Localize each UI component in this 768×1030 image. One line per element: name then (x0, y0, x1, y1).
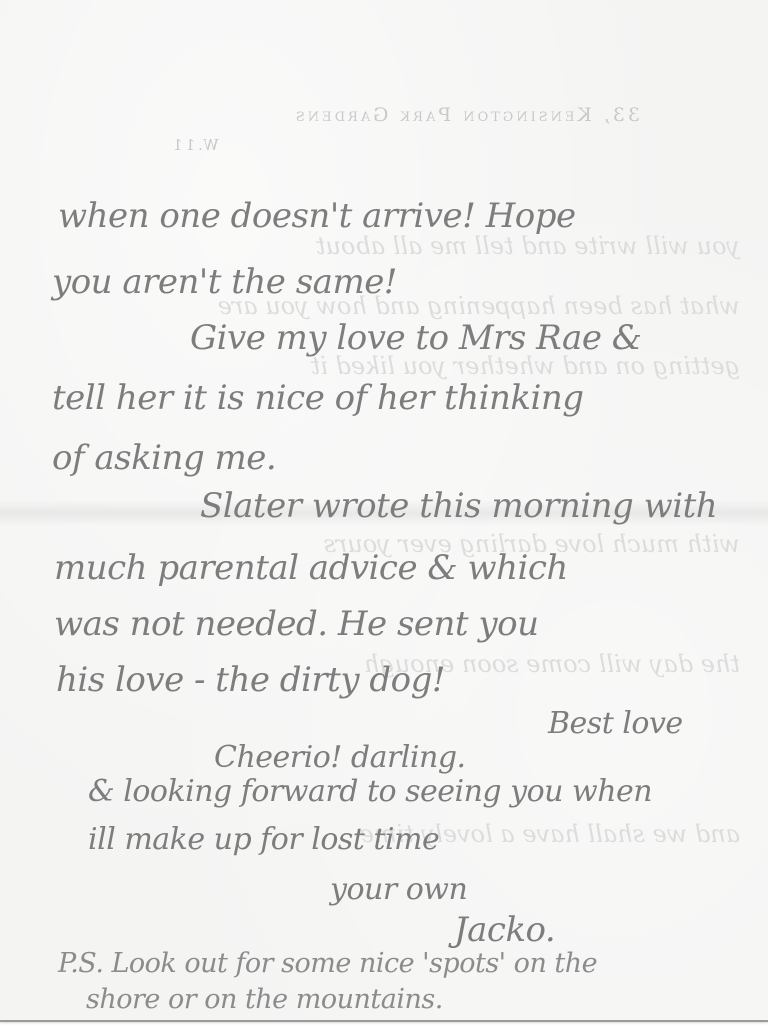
letter-line: Give my love to Mrs Rae & (190, 318, 642, 358)
letter-closing: your own (330, 872, 467, 907)
postscript-line: P.S. Look out for some nice 'spots' on t… (58, 948, 597, 979)
postscript-line: shore or on the mountains. (86, 984, 443, 1015)
letter-line: Slater wrote this morning with (200, 486, 717, 526)
letter-line: Cheerio! darling. (214, 740, 466, 775)
letter-line: when one doesn't arrive! Hope (58, 196, 576, 236)
letter-line: Best love (548, 706, 683, 741)
letter-line: of asking me. (52, 438, 276, 478)
letter-line: his love - the dirty dog! (56, 660, 445, 700)
letterhead-postcode: W.11 (150, 136, 640, 154)
letter-line: you aren't the same! (52, 262, 397, 302)
letterhead-address: 33, Kensington Park Gardens (150, 104, 640, 126)
letter-signature: Jacko. (454, 910, 555, 950)
letter-page: 33, Kensington Park Gardens W.11 you wil… (0, 0, 768, 1022)
letter-line: & looking forward to seeing you when (88, 774, 652, 809)
letter-line: ill make up for lost time (88, 822, 439, 857)
letter-line: much parental advice & which (54, 548, 568, 588)
letterhead-show-through: 33, Kensington Park Gardens W.11 (150, 104, 640, 154)
letter-line: was not needed. He sent you (54, 604, 538, 644)
letter-line: tell her it is nice of her thinking (52, 378, 584, 418)
ghost-line: you will write and tell me all about (80, 232, 740, 260)
